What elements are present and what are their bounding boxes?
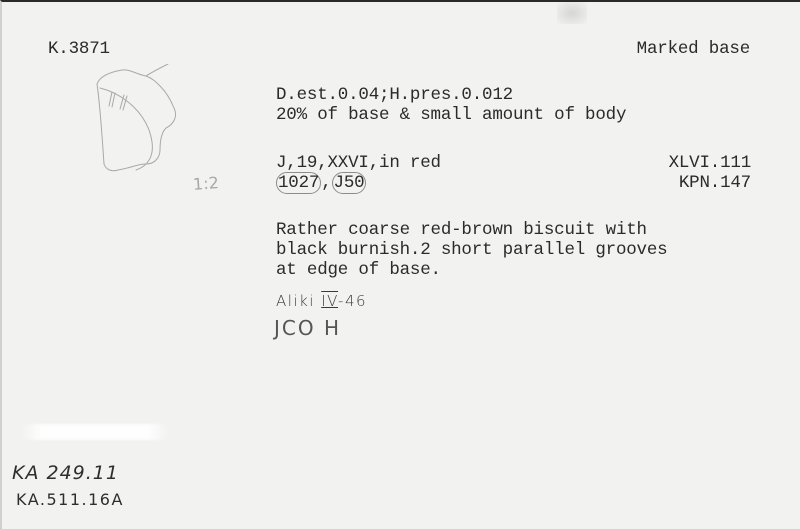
fragment-sketch-icon: [90, 64, 200, 179]
scale-note: 1:2: [192, 173, 219, 194]
reference-line-1: XLVI.111: [669, 153, 751, 173]
category-label: Marked base: [637, 39, 750, 59]
context-separator: ,: [321, 173, 331, 193]
context-lot-number: 1027: [276, 172, 321, 194]
catalog-card: K.3871 Marked base 1:2 D.est.0.04;H.pres…: [0, 0, 800, 529]
aliki-roman-numeral: IV: [321, 292, 338, 310]
inventory-number-1: KA 249.11: [12, 462, 119, 484]
description-line-1: Rather coarse red-brown biscuit with: [276, 220, 647, 240]
catalog-number: K.3871: [48, 39, 110, 59]
inventory-number-2: KA.511.16A: [16, 490, 124, 509]
context-line-2: 1027,J50: [276, 173, 366, 193]
smudge-mark: [557, 2, 587, 24]
aliki-suffix: -46: [338, 292, 367, 310]
context-pass-number: J50: [332, 172, 367, 194]
context-line-1: J,19,XXVI,in red: [276, 153, 441, 173]
reference-line-2: KPN.147: [679, 173, 751, 193]
preservation-text: 20% of base & small amount of body: [276, 105, 626, 125]
aliki-prefix: Aliki: [276, 292, 321, 310]
initials-note: JCO H: [274, 316, 341, 340]
description-line-2: black burnish.2 short parallel grooves: [276, 240, 667, 260]
description-line-3: at edge of base.: [276, 260, 441, 280]
aliki-note: Aliki IV-46: [276, 292, 367, 310]
faded-stamp: [20, 424, 170, 440]
dimensions-text: D.est.0.04;H.pres.0.012: [276, 85, 513, 105]
